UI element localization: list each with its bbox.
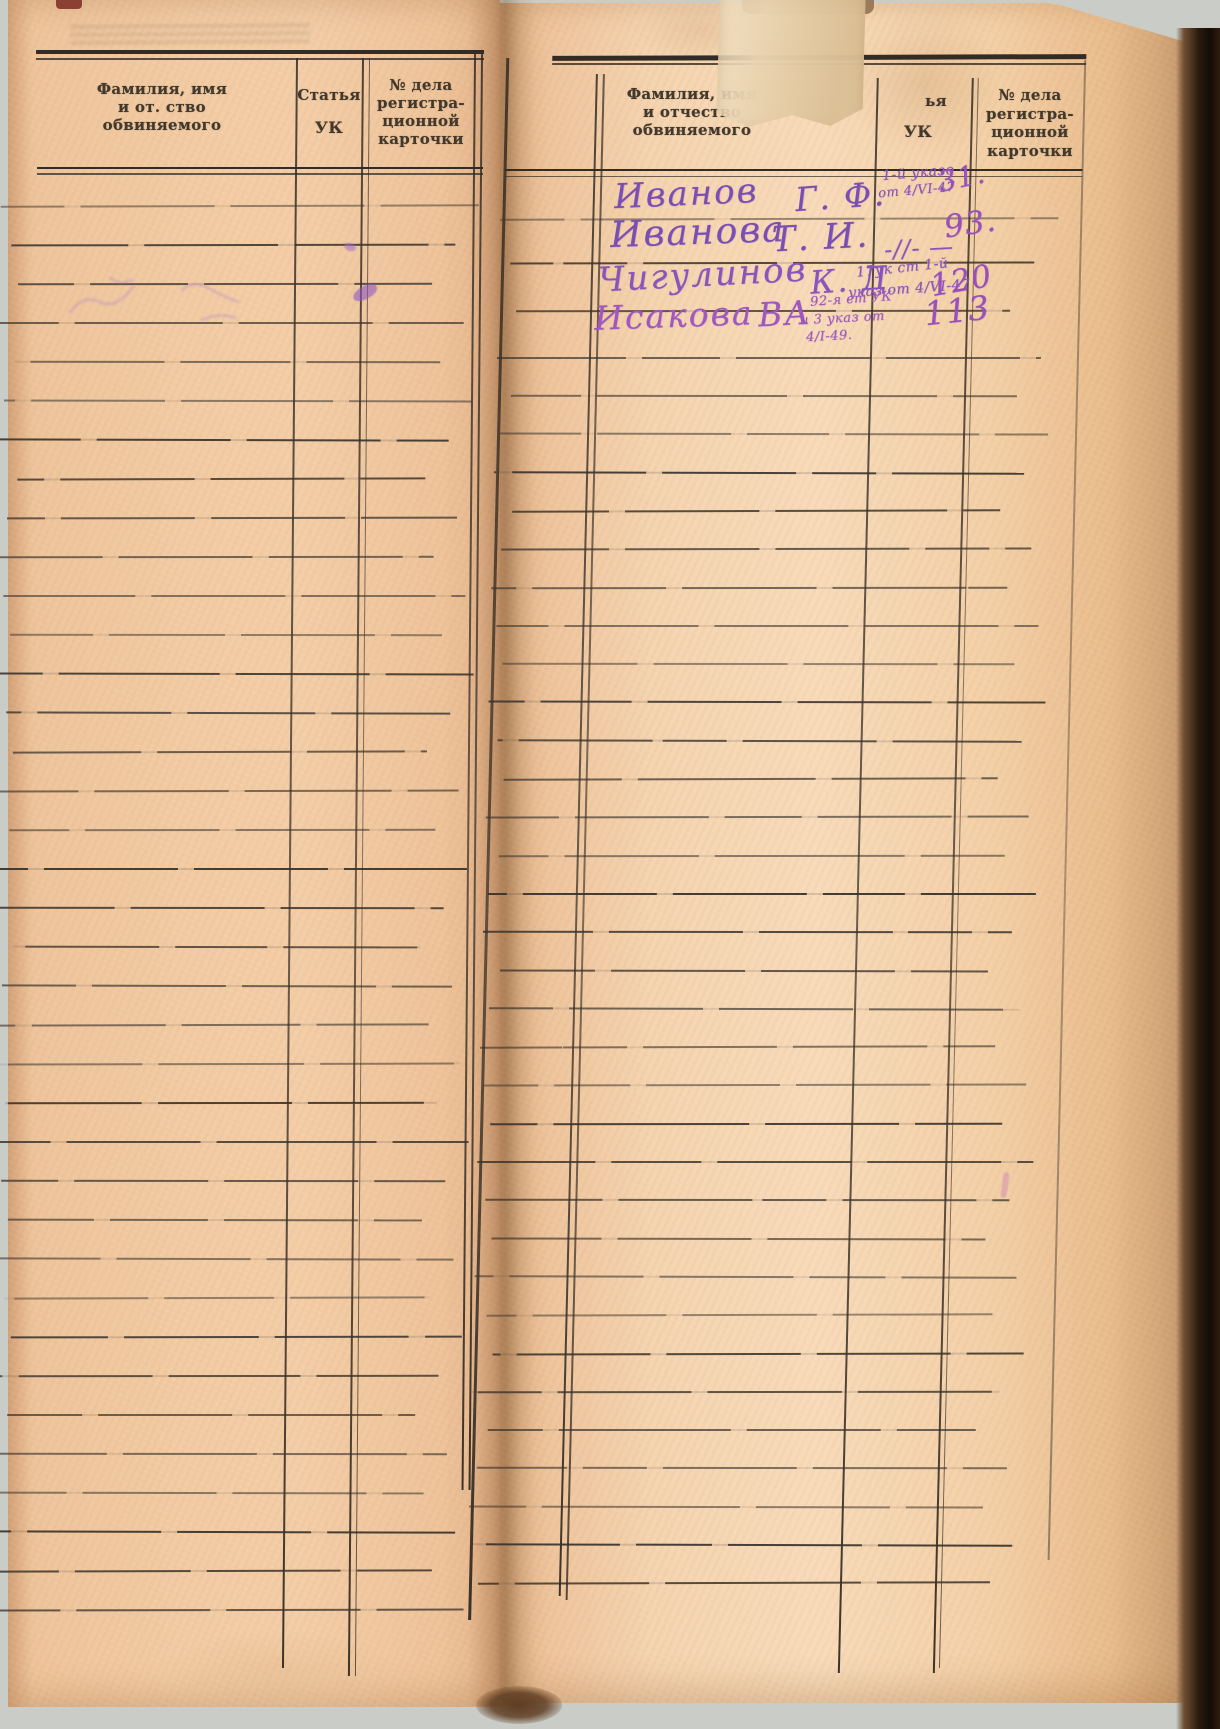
- ruled-line: [498, 739, 1022, 743]
- ruled-line: [504, 777, 998, 780]
- left-header-article-col-uk: УК: [294, 119, 364, 137]
- scanned-registry-spread: Фамилия, имя и от. ство обвиняемого Стат…: [0, 0, 1220, 1729]
- entry-surname: Иванова: [609, 209, 786, 256]
- book-cover-edge: [1176, 28, 1220, 1729]
- ruled-line: [488, 893, 1036, 895]
- left-header-article-col: Статья: [294, 86, 364, 104]
- ruled-line: [477, 1467, 1007, 1470]
- ruled-line: [485, 1199, 1009, 1202]
- ruled-line: [493, 1352, 1024, 1355]
- left-header-name-col: Фамилия, имя и от. ство обвиняемого: [42, 80, 282, 134]
- header-line: обвиняемого: [588, 121, 796, 139]
- ruled-line: [494, 471, 1024, 475]
- ruled-line: [501, 548, 1031, 551]
- header-line: карточки: [364, 130, 478, 148]
- ruled-line: [491, 1237, 985, 1240]
- ruled-line: [512, 509, 1000, 512]
- header-line: ционной: [974, 123, 1086, 142]
- tape-patch: [716, 0, 866, 134]
- header-line: № дела: [364, 76, 478, 94]
- header-line: регистра-: [364, 94, 478, 112]
- ruled-line: [500, 433, 1048, 436]
- ruled-line: [472, 1543, 1014, 1547]
- entry-card-number: 113: [922, 288, 992, 334]
- ruled-line: [491, 586, 1007, 589]
- ruled-line: [496, 625, 1038, 627]
- header-line: № дела: [974, 86, 1086, 105]
- ruled-line: [474, 1275, 1016, 1279]
- ruled-line: [497, 357, 1041, 359]
- entry-surname: Исакова: [593, 293, 754, 338]
- entry-card-number: 93.: [942, 203, 999, 246]
- right-header-card-col: № дела регистра- ционной карточки: [974, 86, 1086, 160]
- ruled-line: [487, 1313, 993, 1316]
- ruled-line: [489, 701, 1046, 704]
- header-line: обвиняемого: [42, 116, 282, 134]
- ruled-line: [483, 931, 1012, 934]
- ruled-line: [490, 1122, 1002, 1124]
- ruled-line: [484, 1084, 1026, 1087]
- ruled-line: [500, 969, 988, 972]
- ruled-line: [502, 663, 1014, 665]
- ruled-line: [511, 395, 1017, 397]
- left-header-card-col: № дела регистра- ционной карточки: [364, 76, 478, 148]
- header-line: Фамилия, имя: [42, 80, 282, 98]
- ruled-line: [469, 1505, 983, 1508]
- ruled-line: [472, 1391, 1000, 1394]
- binding-mark: [56, 0, 82, 9]
- ruled-line: [477, 1161, 1033, 1163]
- header-line: регистра-: [974, 105, 1086, 124]
- ruled-line: [480, 1045, 995, 1048]
- right-header-article-fragment: ья: [920, 92, 952, 110]
- ruled-line: [478, 1582, 990, 1585]
- ruled-line: [489, 1007, 1019, 1011]
- ruled-line: [488, 1429, 976, 1431]
- header-line: ционной: [364, 112, 478, 130]
- ruled-line: [486, 816, 1029, 819]
- entry-initials: Г. Ф.: [794, 174, 887, 219]
- cover-peek-bottom: [476, 1686, 562, 1724]
- entry-article-line: 4/I-49.: [806, 328, 853, 345]
- header-line: и от. ство: [42, 98, 282, 116]
- ruled-line: [499, 854, 1005, 856]
- right-header-article-uk: УК: [896, 123, 940, 141]
- header-line: карточки: [974, 142, 1086, 161]
